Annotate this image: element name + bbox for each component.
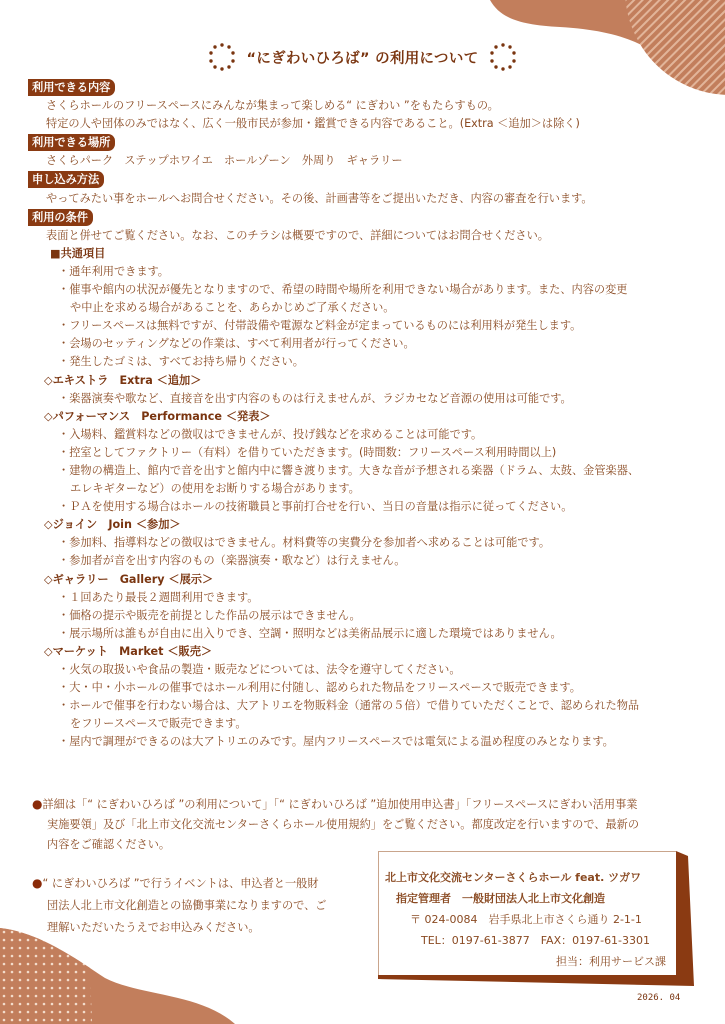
list-item: ・催事や館内の状況が優先となりますので、希望の時間や場所を利用できない場合があり… — [28, 281, 698, 299]
places-line: さくらパーク ステップホワイエ ホールゾーン 外周り ギャラリー — [28, 152, 698, 170]
page-title-row: “にぎわいひろば” の利用について — [0, 42, 725, 72]
contact-manager: 指定管理者 一般財団法人北上市文化創造 — [379, 888, 676, 909]
contact-dept: 担当：利用サービス課 — [379, 951, 676, 972]
note-text: 団法人北上市文化創造との協働事業になりますので、ご — [32, 895, 362, 917]
list-item: ・控室としてファクトリー（有料）を借りていただきます。(時間数：フリースペース利… — [28, 444, 698, 462]
section-badge-apply: 申し込み方法 — [28, 171, 104, 188]
list-item: ・参加料、指導料などの徴収はできません。材料費等の実費分を参加者へ求めることは可… — [28, 534, 698, 552]
bullet-icon: ● — [32, 876, 42, 890]
join-heading: ◇ジョイン Join ＜参加＞ — [28, 516, 698, 534]
list-item: ・ホールで催事を行わない場合は、大アトリエを物販料金（通常の５倍）で借りていただ… — [28, 697, 698, 715]
note-text: 実施要領」及び「北上市文化交流センターさくらホール使用規約」をご覧ください。都度… — [32, 815, 692, 835]
section-badge-places: 利用できる場所 — [28, 134, 115, 151]
content-line: さくらホールのフリースペースにみんなが集まって楽しめる“ にぎわい ”をもたらす… — [28, 97, 698, 115]
event-note: ●“ にぎわいひろば ”で行うイベントは、申込者と一般財 団法人北上市文化創造と… — [32, 872, 362, 939]
list-item: ・１回あたり最長２週間利用できます。 — [28, 589, 698, 607]
list-item: ・建物の構造上、館内で音を出すと館内中に響き渡ります。大きな音が予想される楽器（… — [28, 462, 698, 480]
dotted-circle-icon — [207, 42, 237, 72]
apply-line: やってみたい事をホールへお問合せください。その後、計画書等をご提出いただき、内容… — [28, 190, 698, 208]
list-item: ・楽器演奏や歌など、直接音を出す内容のものは行えませんが、ラジカセなど音源の使用… — [28, 390, 698, 408]
list-item: ・発生したゴミは、すべてお持ち帰りください。 — [28, 353, 698, 371]
content-line: 特定の人や団体のみではなく、広く一般市民が参加・鑑賞できる内容であること。(Ex… — [28, 115, 698, 133]
list-item: ・火気の取扱いや食品の製造・販売などについては、法令を遵守してください。 — [28, 661, 698, 679]
list-item-continued: エレキギターなど）の使用をお断りする場合があります。 — [28, 480, 698, 498]
list-item: ・大・中・小ホールの催事ではホール利用に付随し、認められた物品をフリースペースで… — [28, 679, 698, 697]
dotted-circle-icon — [488, 42, 518, 72]
list-item-continued: や中止を求める場合があることを、あらかじめご了承ください。 — [28, 299, 698, 317]
bullet-icon: ● — [32, 797, 42, 811]
contact-info: 北上市文化交流センターさくらホール feat. ツガワ 指定管理者 一般財団法人… — [378, 851, 676, 975]
contact-box: 北上市文化交流センターさくらホール feat. ツガワ 指定管理者 一般財団法人… — [376, 851, 694, 986]
note-text: 理解いただいたうえでお申込みください。 — [32, 917, 362, 939]
market-heading: ◇マーケット Market ＜販売＞ — [28, 643, 698, 661]
common-heading: ■共通項目 — [28, 245, 698, 263]
detail-note: ●詳細は「“ にぎわいひろば ”の利用について」「“ にぎわいひろば ”追加使用… — [32, 794, 692, 855]
section-badge-conditions: 利用の条件 — [28, 209, 93, 226]
list-item: ・通年利用できます。 — [28, 263, 698, 281]
list-item: ・価格の提示や販売を前提とした作品の展示はできません。 — [28, 607, 698, 625]
performance-heading: ◇パフォーマンス Performance ＜発表＞ — [28, 408, 698, 426]
issue-date: 2026. 04 — [637, 993, 680, 1003]
contact-phone: TEL：0197-61-3877 FAX：0197-61-3301 — [379, 930, 676, 951]
list-item: ・フリースペースは無料ですが、付帯設備や電源など料金が定まっているものには利用料… — [28, 317, 698, 335]
list-item: ・会場のセッティングなどの作業は、すべて利用者が行ってください。 — [28, 335, 698, 353]
list-item: ・展示場所は誰もが自由に出入りでき、空調・照明などは美術品展示に適した環境ではあ… — [28, 625, 698, 643]
contact-org: 北上市文化交流センターさくらホール feat. ツガワ — [379, 867, 676, 888]
section-badge-content: 利用できる内容 — [28, 79, 115, 96]
extra-heading: ◇エキストラ Extra ＜追加＞ — [28, 372, 698, 390]
bottom-wave-decoration — [0, 928, 245, 1024]
note-text: “ にぎわいひろば ”で行うイベントは、申込者と一般財 — [42, 877, 318, 890]
list-item: ・入場料、鑑賞料などの徴収はできませんが、投げ銭などを求めることは可能です。 — [28, 426, 698, 444]
conditions-intro: 表面と併せてご覧ください。なお、このチラシは概要ですので、詳細についてはお問合せ… — [28, 227, 698, 245]
contact-address: 〒 024-0084 岩手県北上市さくら通り 2-1-1 — [379, 909, 676, 930]
page-title: “にぎわいひろば” の利用について — [247, 47, 479, 68]
list-item: ・ＰＡを使用する場合はホールの技術職員と事前打合せを行い、当日の音量は指示に従っ… — [28, 498, 698, 516]
gallery-heading: ◇ギャラリー Gallery ＜展示＞ — [28, 571, 698, 589]
list-item-continued: をフリースペースで販売できます。 — [28, 715, 698, 733]
list-item: ・屋内で調理ができるのは大アトリエのみです。屋内フリースペースでは電気による温め… — [28, 733, 698, 751]
list-item: ・参加者が音を出す内容のもの（楽器演奏・歌など）は行えません。 — [28, 552, 698, 570]
main-content: 利用できる内容 さくらホールのフリースペースにみんなが集まって楽しめる“ にぎわ… — [28, 78, 698, 751]
note-text: 詳細は「“ にぎわいひろば ”の利用について」「“ にぎわいひろば ”追加使用申… — [42, 798, 637, 811]
